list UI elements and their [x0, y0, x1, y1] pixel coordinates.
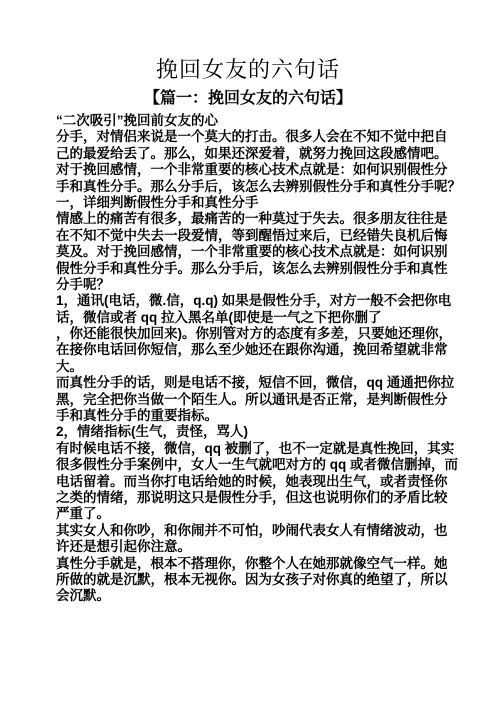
body-line: 在接你电话回你短信，那么至少她还在跟你沟通，挽回希望就非常 [56, 342, 448, 358]
body-line: 所做的就是沉默，根本无视你。因为女孩子对你真的绝望了，所以 [56, 572, 448, 588]
body-line: 许还是想引起你注意。 [56, 539, 448, 555]
body-line: 大。 [56, 359, 448, 375]
body-line: 真性分手就是，根本不搭理你，你整个人在她那就像空气一样。她 [56, 556, 448, 572]
document-title: 挽回女友的六句话 [0, 53, 496, 84]
body-line: 1，通讯(电话，微.信，q.q) 如果是假性分手，对方一般不会把你电 [56, 293, 448, 309]
body-line: 分手呢？ [56, 277, 448, 293]
body-line: 很多假性分手案例中，女人一生气就吧对方的 qq 或者微信删掉，而 [56, 457, 448, 473]
body-line: 莫及。对于挽回感情，一个非常重要的核心技术点就是：如何识别 [56, 244, 448, 260]
body-line: 手和真性分手。那么分手后，该怎么去辨别假性分手和真性分手呢？ [56, 179, 448, 195]
body-line: 己的最爱给丢了。那么，如果还深爱着，就努力挽回这段感情吧。 [56, 146, 448, 162]
body-line: ，你还能很快加回来)。你别管对方的态度有多差，只要她还理你， [56, 326, 448, 342]
body-line: 黑，完全把你当做一个陌生人。所以通讯是否正常，是判断假性分 [56, 392, 448, 408]
body-line: 在不知不觉中失去一段爱情，等到醒悟过来后，已经错失良机后悔 [56, 228, 448, 244]
body-line: 有时候电话不接，微信，qq 被删了，也不一定就是真性挽回，其实 [56, 441, 448, 457]
body-line: 情感上的痛苦有很多，最痛苦的一种莫过于失去。很多朋友往往是 [56, 211, 448, 227]
body-line: 分手，对情侣来说是一个莫大的打击。很多人会在不知不觉中把自 [56, 129, 448, 145]
body-line: 对于挽回感情，一个非常重要的核心技术点就是：如何识别假性分 [56, 162, 448, 178]
body-line: 一，详细判断假性分手和真性分手 [56, 195, 448, 211]
document-page: 挽回女友的六句话 【篇一：挽回女友的六句话】 “二次吸引”挽回前女友的心 分手，… [0, 0, 496, 702]
body-line: 2，情绪指标(生气，责怪，骂人) [56, 424, 448, 440]
body-line: 假性分手和真性分手。那么分手后，该怎么去辨别假性分手和真性 [56, 261, 448, 277]
body-line: “二次吸引”挽回前女友的心 [56, 113, 448, 129]
body-line: 会沉默。 [56, 588, 448, 604]
body-line: 其实女人和你吵，和你闹并不可怕，吵闹代表女人有情绪波动，也 [56, 523, 448, 539]
document-subtitle: 【篇一：挽回女友的六句话】 [0, 85, 496, 108]
body-line: 手和真性分手的重要指标。 [56, 408, 448, 424]
document-body: “二次吸引”挽回前女友的心 分手，对情侣来说是一个莫大的打击。很多人会在不知不觉… [56, 113, 448, 605]
body-line: 电话留着。而当你打电话给她的时候，她表现出生气，或者责怪你 [56, 474, 448, 490]
body-line: 而真性分手的话，则是电话不接，短信不回，微信，qq 通通把你拉 [56, 375, 448, 391]
body-line: 之类的情绪，那说明这只是假性分手，但这也说明你们的矛盾比较 [56, 490, 448, 506]
body-line: 话，微信或者 qq 拉入黑名单(即使是一气之下把你删了 [56, 310, 448, 326]
body-line: 严重了。 [56, 506, 448, 522]
